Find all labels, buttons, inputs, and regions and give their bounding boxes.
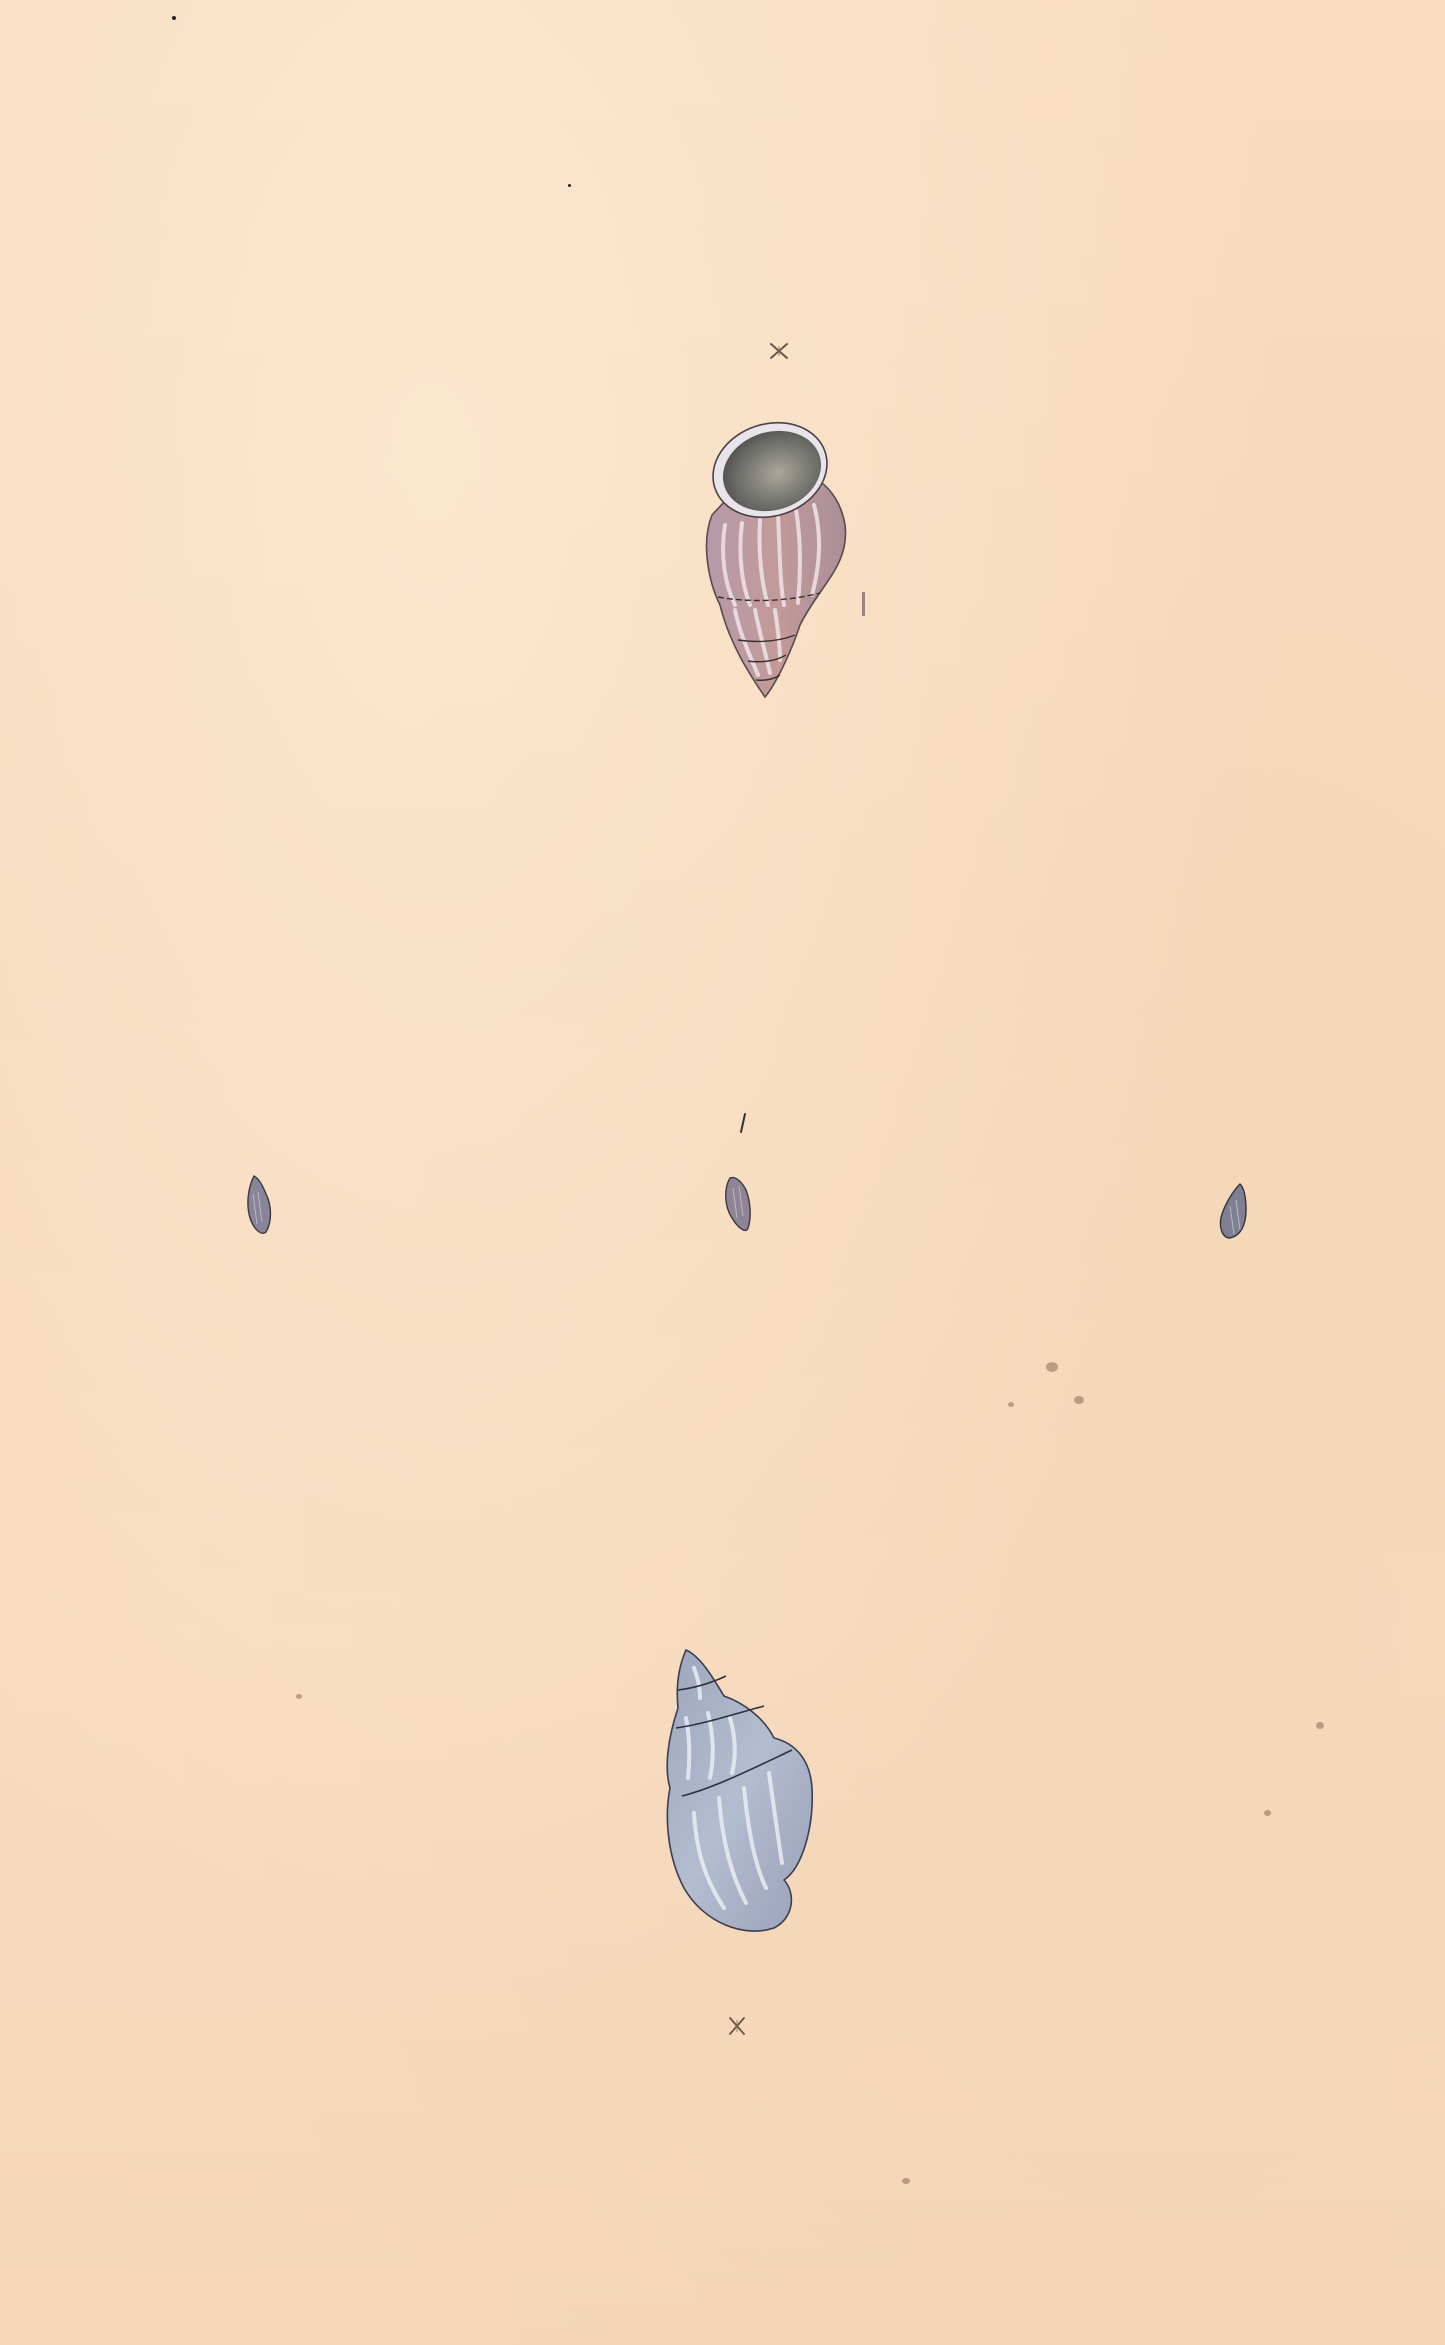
- foxing-spot: [1046, 1362, 1058, 1372]
- foxing-spot: [296, 1694, 302, 1699]
- shell-dorsal-view: [664, 1648, 844, 1948]
- foxing-spot: [1074, 1396, 1084, 1404]
- engraving-plate: [0, 0, 1445, 2345]
- foxing-spot: [1316, 1722, 1324, 1729]
- foxing-spot: [1008, 1402, 1014, 1407]
- bottom-cross-mark: [727, 2015, 747, 2037]
- shell-natural-size-right: [1216, 1180, 1248, 1244]
- foxing-spot: [1264, 1810, 1271, 1816]
- ink-dot: [568, 184, 571, 187]
- shell-natural-size-center: [722, 1172, 754, 1236]
- foxing-spot: [902, 2178, 910, 2184]
- top-cross-mark: [768, 340, 790, 362]
- shell-aperture-view: [680, 405, 860, 705]
- ink-mark: [862, 592, 865, 616]
- shell-natural-size-left: [244, 1174, 274, 1238]
- ink-dot: [172, 16, 176, 20]
- center-tick-mark: [738, 1112, 748, 1134]
